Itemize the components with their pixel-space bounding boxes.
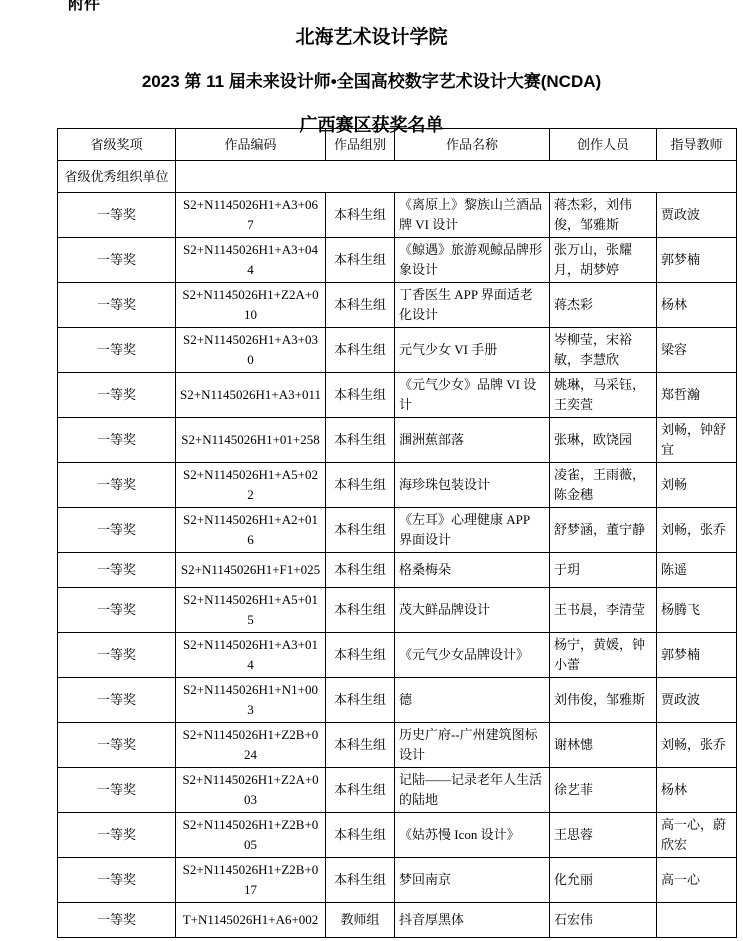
group-cell: 本科生组 [326,813,395,858]
code-cell: S2+N1145026H1+Z2B+005 [176,813,326,858]
group-cell: 本科生组 [326,678,395,723]
title-cell: 《元气少女品牌设计》 [395,633,550,678]
attachment-label: 附件 [68,0,100,14]
award-cell: 一等奖 [58,238,176,283]
title-cell: 丁香医生 APP 界面适老化设计 [395,283,550,328]
awards-table-body: 省级优秀组织单位 一等奖S2+N1145026H1+A3+067本科生组《离原上… [58,161,737,938]
group-cell: 本科生组 [326,553,395,588]
creators-cell: 张琳，欧饶园 [550,418,657,463]
teacher-cell: 郑哲瀚 [657,373,737,418]
table-row: 一等奖S2+N1145026H1+A5+022本科生组海珍珠包装设计凌雀，王雨薇… [58,463,737,508]
teacher-cell: 郭梦楠 [657,238,737,283]
title-cell: 《鲸遇》旅游观鲸品牌形象设计 [395,238,550,283]
table-row: 一等奖S2+N1145026H1+Z2A+010本科生组丁香医生 APP 界面适… [58,283,737,328]
table-row: 一等奖S2+N1145026H1+A5+015本科生组茂大鲜品牌设计王书晨，李清… [58,588,737,633]
creators-cell: 张万山，张耀月，胡梦婷 [550,238,657,283]
table-row: 一等奖S2+N1145026H1+Z2A+003本科生组记陆——记录老年人生活的… [58,768,737,813]
header-group: 作品组别 [326,129,395,161]
title-cell: 历史广府--广州建筑图标设计 [395,723,550,768]
award-cell: 一等奖 [58,283,176,328]
group-cell: 本科生组 [326,768,395,813]
award-cell: 一等奖 [58,588,176,633]
awards-table: 省级奖项 作品编码 作品组别 作品名称 创作人员 指导教师 省级优秀组织单位 一… [57,128,737,938]
teacher-cell: 陈遥 [657,553,737,588]
table-row: 一等奖S2+N1145026H1+Z2B+024本科生组历史广府--广州建筑图标… [58,723,737,768]
page-title-competition: 2023 第 11 届未来设计师•全国高校数字艺术设计大赛(NCDA) [0,67,743,92]
teacher-cell: 高一心 [657,858,737,903]
header-teacher: 指导教师 [657,129,737,161]
header-code: 作品编码 [176,129,326,161]
table-row: 一等奖S2+N1145026H1+A2+016本科生组《左耳》心理健康 APP … [58,508,737,553]
teacher-cell: 杨林 [657,768,737,813]
code-cell: S2+N1145026H1+Z2A+010 [176,283,326,328]
teacher-cell [657,903,737,938]
creators-cell: 于玥 [550,553,657,588]
org-unit-row: 省级优秀组织单位 [58,161,737,193]
group-cell: 本科生组 [326,723,395,768]
creators-cell: 王思蓉 [550,813,657,858]
teacher-cell: 刘畅 [657,463,737,508]
group-cell: 本科生组 [326,328,395,373]
title-cell: 德 [395,678,550,723]
award-cell: 一等奖 [58,193,176,238]
header-award: 省级奖项 [58,129,176,161]
award-cell: 一等奖 [58,373,176,418]
code-cell: S2+N1145026H1+Z2B+024 [176,723,326,768]
award-cell: 一等奖 [58,678,176,723]
table-row: 一等奖S2+N1145026H1+A3+014本科生组《元气少女品牌设计》杨宁，… [58,633,737,678]
code-cell: S2+N1145026H1+A3+011 [176,373,326,418]
group-cell: 本科生组 [326,633,395,678]
table-row: 一等奖T+N1145026H1+A6+002教师组抖音厚黑体石宏伟 [58,903,737,938]
group-cell: 本科生组 [326,463,395,508]
title-cell: 《元气少女》品牌 VI 设计 [395,373,550,418]
code-cell: S2+N1145026H1+01+258 [176,418,326,463]
code-cell: S2+N1145026H1+F1+025 [176,553,326,588]
award-cell: 一等奖 [58,508,176,553]
org-unit-label: 省级优秀组织单位 [58,161,176,193]
creators-cell: 蒋杰彩 [550,283,657,328]
award-cell: 一等奖 [58,633,176,678]
table-row: 一等奖S2+N1145026H1+A3+011本科生组《元气少女》品牌 VI 设… [58,373,737,418]
group-cell: 教师组 [326,903,395,938]
creators-cell: 凌雀，王雨薇，陈金穗 [550,463,657,508]
title-cell: 抖音厚黑体 [395,903,550,938]
table-row: 一等奖S2+N1145026H1+A3+030本科生组元气少女 VI 手册岑柳莹… [58,328,737,373]
teacher-cell: 刘畅，张乔 [657,723,737,768]
creators-cell: 石宏伟 [550,903,657,938]
creators-cell: 岑柳莹，宋裕敏，李慧欣 [550,328,657,373]
creators-cell: 刘伟俊，邹雅斯 [550,678,657,723]
award-cell: 一等奖 [58,768,176,813]
teacher-cell: 高一心，蔚欣宏 [657,813,737,858]
teacher-cell: 梁容 [657,328,737,373]
title-cell: 格桑梅朵 [395,553,550,588]
code-cell: S2+N1145026H1+A3+030 [176,328,326,373]
award-cell: 一等奖 [58,903,176,938]
teacher-cell: 贾政波 [657,678,737,723]
teacher-cell: 杨林 [657,283,737,328]
title-cell: 茂大鲜品牌设计 [395,588,550,633]
header-title: 作品名称 [395,129,550,161]
title-cell: 梦回南京 [395,858,550,903]
creators-cell: 舒梦涵，董宁静 [550,508,657,553]
table-row: 一等奖S2+N1145026H1+A3+044本科生组《鲸遇》旅游观鲸品牌形象设… [58,238,737,283]
award-cell: 一等奖 [58,328,176,373]
creators-cell: 王书晨，李清莹 [550,588,657,633]
code-cell: S2+N1145026H1+Z2B+017 [176,858,326,903]
table-row: 一等奖S2+N1145026H1+N1+003本科生组德刘伟俊，邹雅斯贾政波 [58,678,737,723]
group-cell: 本科生组 [326,508,395,553]
award-cell: 一等奖 [58,858,176,903]
header-creators: 创作人员 [550,129,657,161]
group-cell: 本科生组 [326,858,395,903]
table-row: 一等奖S2+N1145026H1+F1+025本科生组格桑梅朵于玥陈遥 [58,553,737,588]
table-row: 一等奖S2+N1145026H1+Z2B+017本科生组梦回南京化允丽高一心 [58,858,737,903]
title-cell: 记陆——记录老年人生活的陆地 [395,768,550,813]
group-cell: 本科生组 [326,373,395,418]
teacher-cell: 刘畅，张乔 [657,508,737,553]
title-cell: 海珍珠包装设计 [395,463,550,508]
creators-cell: 化允丽 [550,858,657,903]
creators-cell: 姚琳，马采钰，王奕萱 [550,373,657,418]
code-cell: S2+N1145026H1+A5+022 [176,463,326,508]
award-cell: 一等奖 [58,553,176,588]
title-cell: 涠洲蕉部落 [395,418,550,463]
code-cell: S2+N1145026H1+A3+044 [176,238,326,283]
org-unit-value [176,161,737,193]
code-cell: S2+N1145026H1+A3+067 [176,193,326,238]
teacher-cell: 郭梦楠 [657,633,737,678]
title-block: 北海艺术设计学院 2023 第 11 届未来设计师•全国高校数字艺术设计大赛(N… [0,22,743,137]
award-cell: 一等奖 [58,813,176,858]
title-cell: 《离原上》黎族山兰酒品牌 VI 设计 [395,193,550,238]
title-cell: 《姑苏慢 Icon 设计》 [395,813,550,858]
creators-cell: 徐艺菲 [550,768,657,813]
group-cell: 本科生组 [326,283,395,328]
group-cell: 本科生组 [326,193,395,238]
document-page: 附件 北海艺术设计学院 2023 第 11 届未来设计师•全国高校数字艺术设计大… [0,0,743,941]
award-cell: 一等奖 [58,418,176,463]
code-cell: S2+N1145026H1+Z2A+003 [176,768,326,813]
code-cell: S2+N1145026H1+A3+014 [176,633,326,678]
creators-cell: 谢林憓 [550,723,657,768]
teacher-cell: 刘畅，钟舒宜 [657,418,737,463]
code-cell: S2+N1145026H1+A2+016 [176,508,326,553]
code-cell: T+N1145026H1+A6+002 [176,903,326,938]
group-cell: 本科生组 [326,418,395,463]
teacher-cell: 杨腾飞 [657,588,737,633]
table-row: 一等奖S2+N1145026H1+Z2B+005本科生组《姑苏慢 Icon 设计… [58,813,737,858]
group-cell: 本科生组 [326,238,395,283]
page-title-school: 北海艺术设计学院 [0,22,743,49]
teacher-cell: 贾政波 [657,193,737,238]
code-cell: S2+N1145026H1+N1+003 [176,678,326,723]
creators-cell: 杨宁，黄媛，钟小蕾 [550,633,657,678]
title-cell: 《左耳》心理健康 APP 界面设计 [395,508,550,553]
code-cell: S2+N1145026H1+A5+015 [176,588,326,633]
creators-cell: 蒋杰彩，刘伟俊，邹雅斯 [550,193,657,238]
table-row: 一等奖S2+N1145026H1+A3+067本科生组《离原上》黎族山兰酒品牌 … [58,193,737,238]
table-header-row: 省级奖项 作品编码 作品组别 作品名称 创作人员 指导教师 [58,129,737,161]
award-cell: 一等奖 [58,463,176,508]
table-row: 一等奖S2+N1145026H1+01+258本科生组涠洲蕉部落张琳，欧饶园刘畅… [58,418,737,463]
title-cell: 元气少女 VI 手册 [395,328,550,373]
group-cell: 本科生组 [326,588,395,633]
award-cell: 一等奖 [58,723,176,768]
